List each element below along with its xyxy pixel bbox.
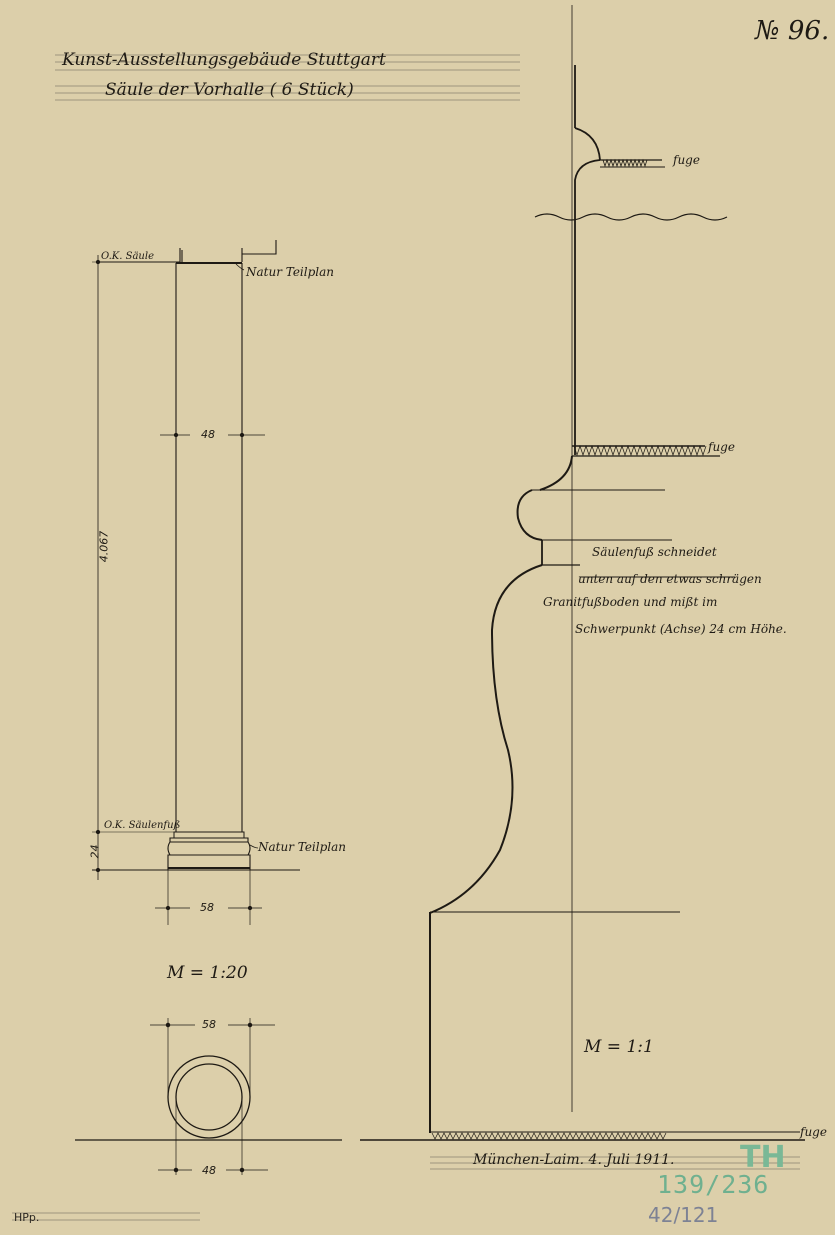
sheet-title: Kunst-Ausstellungsgebäude Stuttgart — [62, 50, 386, 70]
label-natur-teilplan-top: Natur Teilplan — [246, 265, 334, 279]
drawing-sheet: Kunst-Ausstellungsgebäude Stuttgart Säul… — [0, 0, 835, 1235]
note-line-1: Säulenfuß schneidet — [592, 545, 717, 559]
technical-drawing — [0, 0, 835, 1235]
dim-base-height: 24 — [89, 845, 102, 859]
dim-shaft-width: 48 — [201, 428, 215, 441]
dim-base-width: 58 — [200, 901, 214, 914]
label-fuge-mid: fuge — [708, 440, 735, 454]
label-fuge-bottom: fuge — [800, 1125, 827, 1139]
label-ok-saeulenfuss: O.K. Säulenfuß — [104, 820, 180, 831]
dim-column-height: 4.067 — [97, 531, 110, 563]
label-ok-saeule: O.K. Säule — [101, 251, 154, 262]
sheet-subtitle: Säule der Vorhalle ( 6 Stück) — [105, 80, 354, 100]
archive-stamp-number: 139/236 — [657, 1170, 769, 1199]
scale-1-1: M = 1:1 — [584, 1037, 654, 1057]
dim-plan-outer: 58 — [202, 1018, 216, 1031]
drafter-initials: HPp. — [14, 1211, 39, 1224]
note-line-4: Schwerpunkt (Achse) 24 cm Höhe. — [575, 622, 787, 636]
note-line-2: unten auf den etwas schrägen — [578, 572, 762, 586]
dim-plan-inner: 48 — [202, 1164, 216, 1177]
sheet-number: № 96. — [755, 16, 829, 46]
label-fuge-top: fuge — [673, 153, 700, 167]
note-line-3: Granitfußboden und mißt im — [543, 595, 717, 609]
scale-1-20: M = 1:20 — [167, 963, 248, 983]
place-date: München-Laim. 4. Juli 1911. — [473, 1152, 674, 1168]
pencil-inventory-number: 42/121 — [648, 1203, 718, 1227]
label-natur-teilplan-base: Natur Teilplan — [258, 840, 346, 854]
